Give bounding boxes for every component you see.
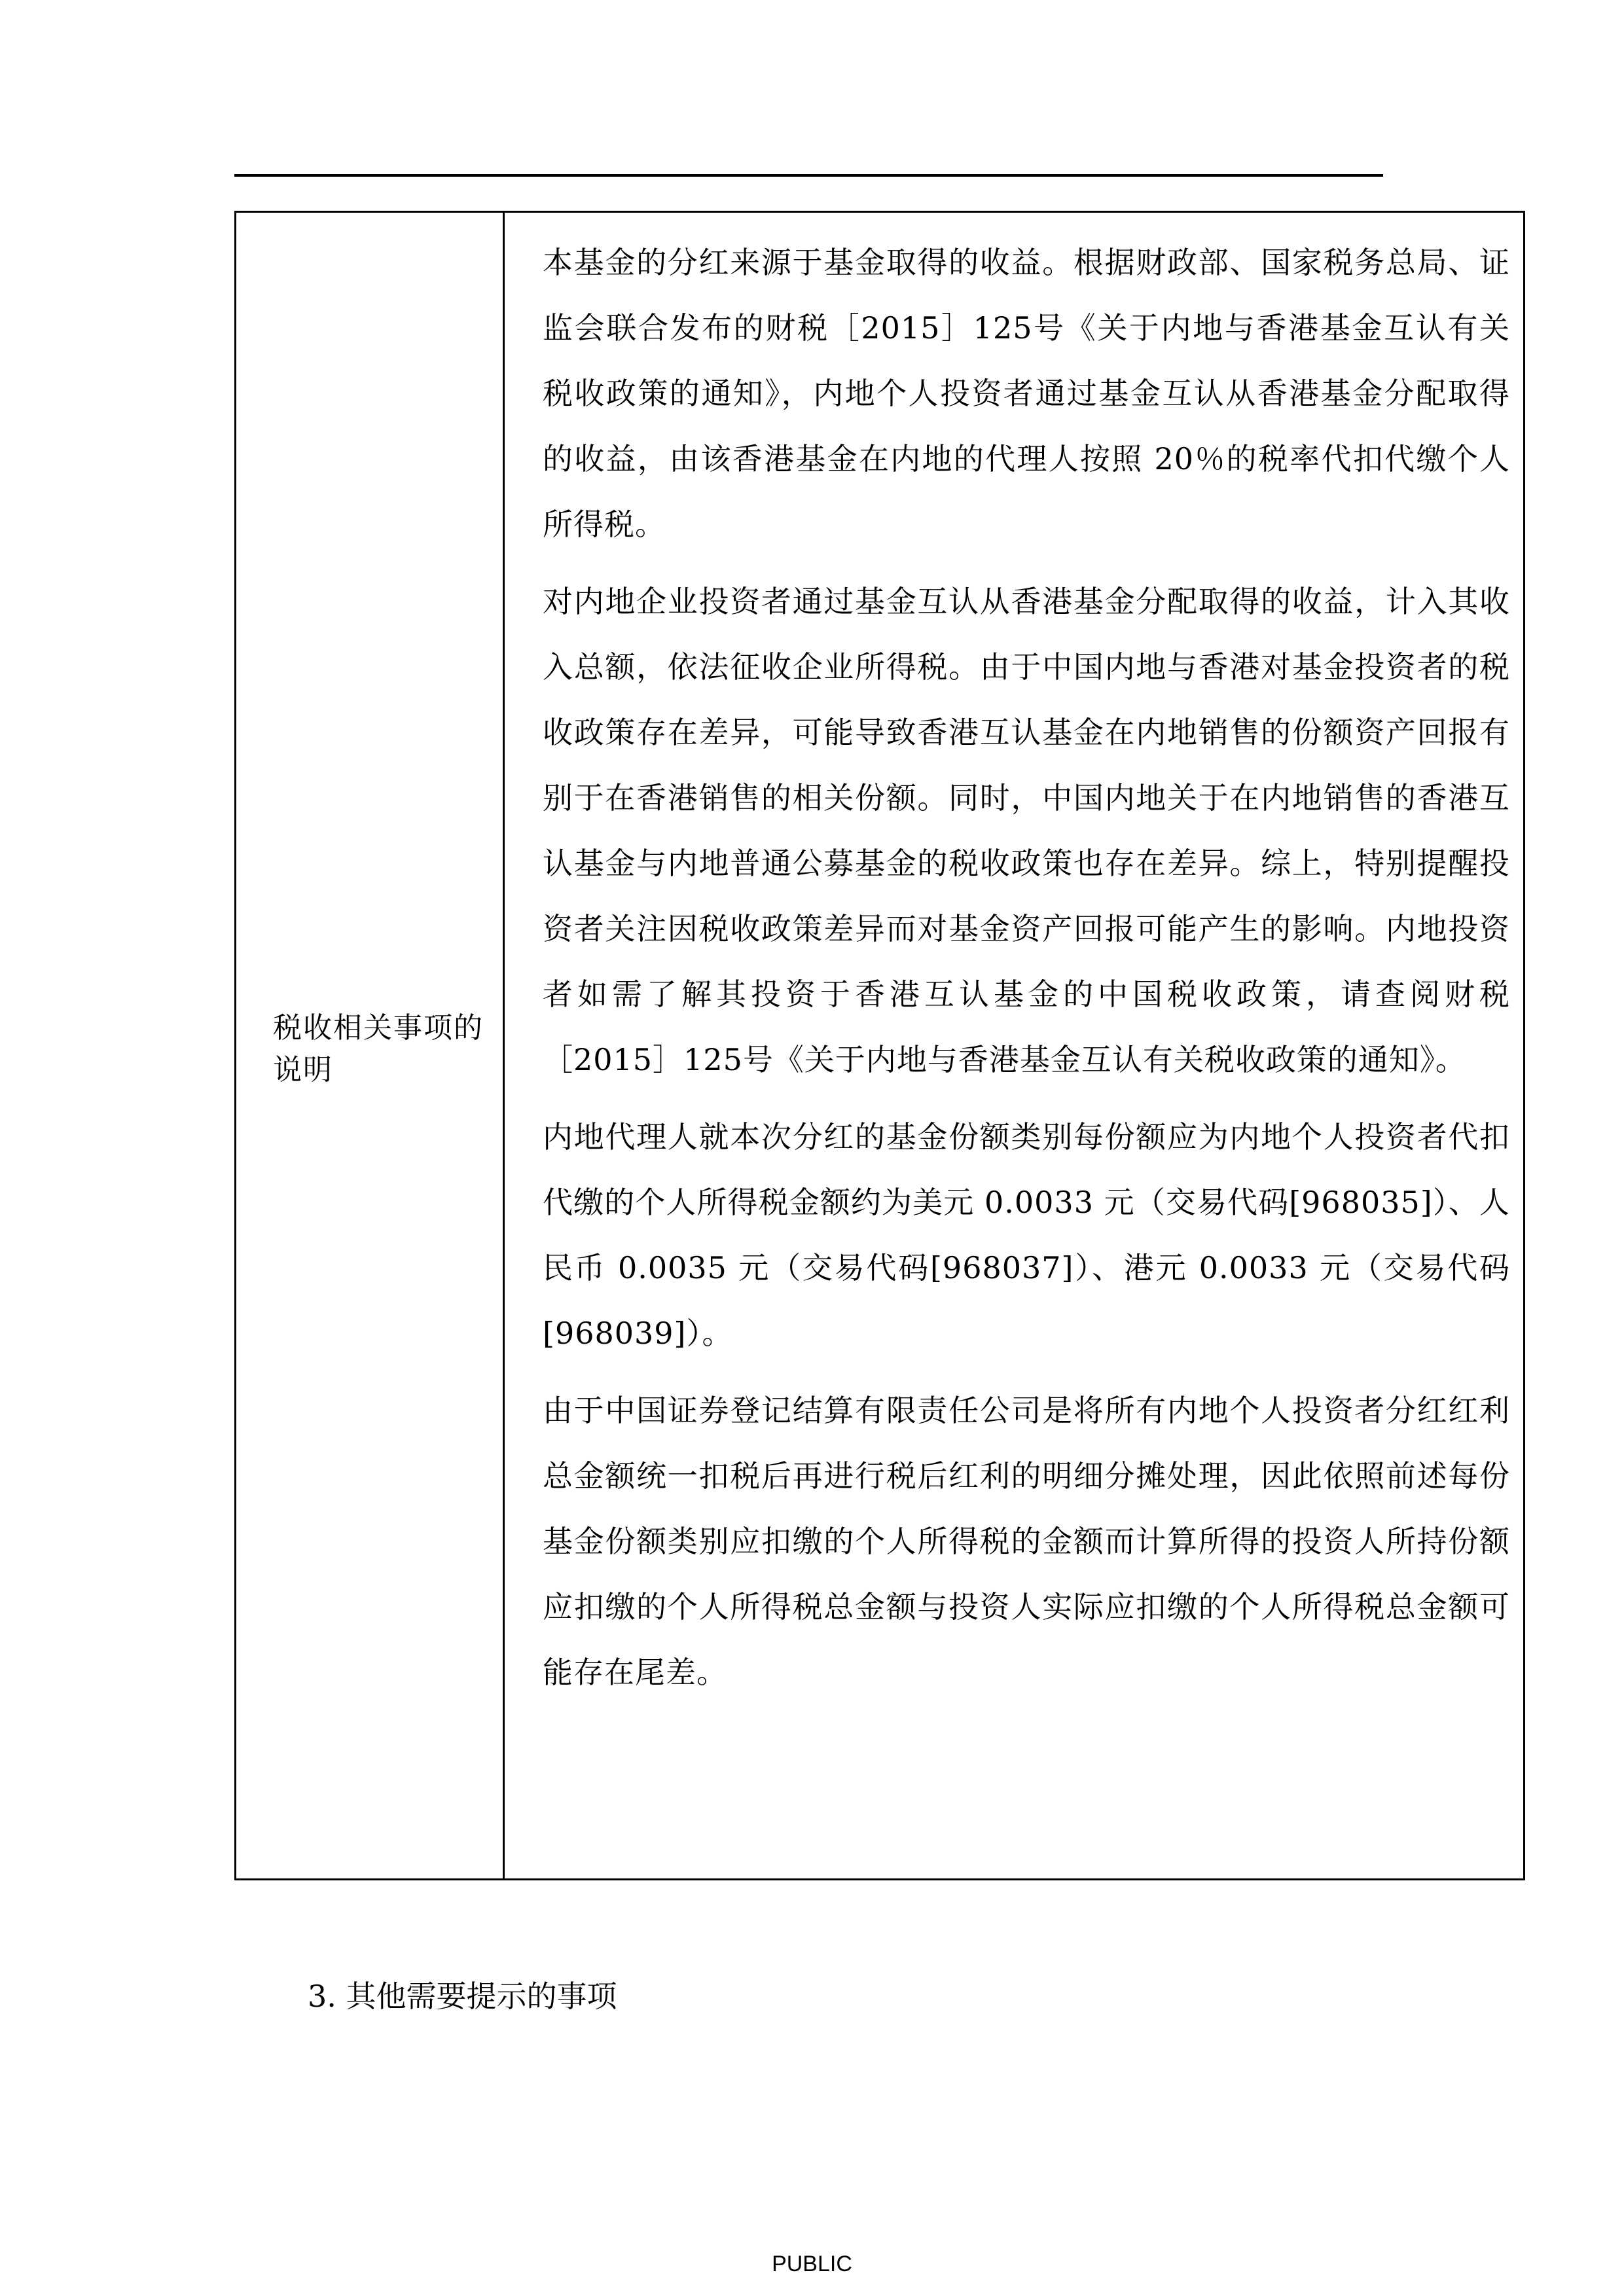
section-heading: 3. 其他需要提示的事项 [308,1970,617,2022]
paragraph-enterprise-tax: 对内地企业投资者通过基金互认从香港基金分配取得的收益，计入其收入总额，依法征收企… [543,569,1510,1092]
table-label-cell: 税收相关事项的说明 [236,213,505,1878]
tax-info-table: 税收相关事项的说明 本基金的分红来源于基金取得的收益。根据财政部、国家税务总局、… [234,211,1525,1880]
paragraph-rounding-difference: 由于中国证券登记结算有限责任公司是将所有内地个人投资者分红红利总金额统一扣税后再… [543,1378,1510,1705]
paragraph-withholding-amounts: 内地代理人就本次分红的基金份额类别每份额应为内地个人投资者代扣代缴的个人所得税金… [543,1104,1510,1366]
header-rule [234,174,1383,177]
footer-classification: PUBLIC [0,2251,1624,2277]
table-label: 税收相关事项的说明 [273,1004,503,1088]
paragraph-dividend-source: 本基金的分红来源于基金取得的收益。根据财政部、国家税务总局、证监会联合发布的财税… [543,230,1510,557]
table-content-cell: 本基金的分红来源于基金取得的收益。根据财政部、国家税务总局、证监会联合发布的财税… [505,213,1523,1878]
